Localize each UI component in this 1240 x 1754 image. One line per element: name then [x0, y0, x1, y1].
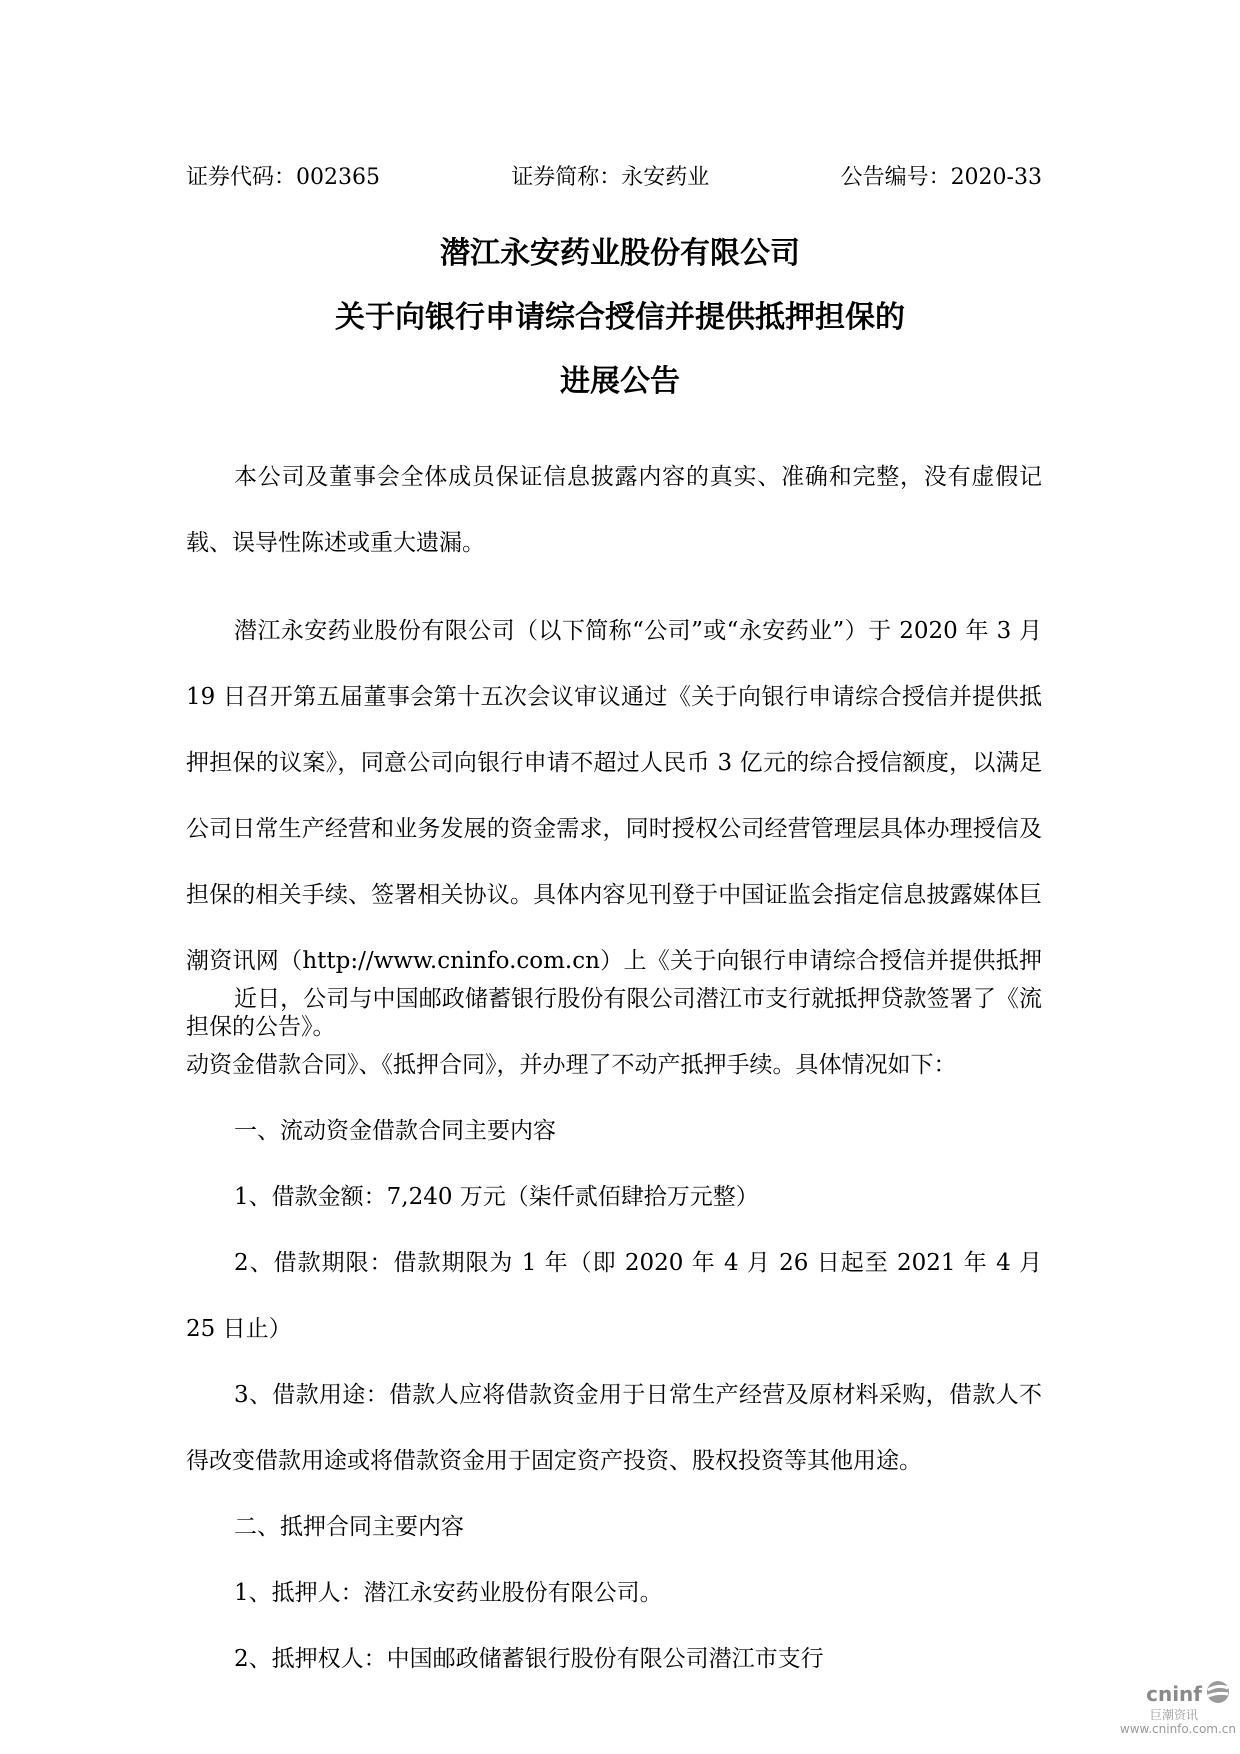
loan-amount: 1、借款金额：7,240 万元（柒仟贰佰肆拾万元整）	[186, 1164, 1042, 1230]
watermark-brand: cninf	[1146, 1682, 1202, 1706]
cninfo-logo-icon	[1202, 1680, 1234, 1704]
title-line-1: 潜江永安药业股份有限公司	[0, 228, 1240, 272]
stock-name: 证券简称：永安药业	[511, 160, 709, 191]
title-line-3: 进展公告	[0, 356, 1240, 400]
title-line-2: 关于向银行申请综合授信并提供抵押担保的	[0, 292, 1240, 336]
loan-use: 3、借款用途：借款人应将借款资金用于日常生产经营及原材料采购，借款人不得改变借款…	[186, 1362, 1042, 1494]
statement-paragraph: 本公司及董事会全体成员保证信息披露内容的真实、准确和完整，没有虚假记载、误导性陈…	[186, 444, 1042, 576]
cninfo-watermark: cninf 巨潮资讯 www.cninfo.com.cn	[1110, 1680, 1240, 1750]
section-2-heading: 二、抵押合同主要内容	[186, 1494, 1042, 1560]
mortgagor: 1、抵押人：潜江永安药业股份有限公司。	[186, 1560, 1042, 1626]
loan-term: 2、借款期限：借款期限为 1 年（即 2020 年 4 月 26 日起至 202…	[186, 1230, 1042, 1362]
stock-code: 证券代码：002365	[186, 160, 380, 191]
watermark-name: 巨潮资讯	[1150, 1706, 1198, 1723]
mortgagee: 2、抵押权人：中国邮政储蓄银行股份有限公司潜江市支行	[186, 1626, 1042, 1692]
watermark-url: www.cninfo.com.cn	[1120, 1722, 1236, 1736]
announcement-number: 公告编号：2020-33	[841, 160, 1042, 191]
recent-paragraph: 近日，公司与中国邮政储蓄银行股份有限公司潜江市支行就抵押贷款签署了《流动资金借款…	[186, 966, 1042, 1098]
section-1-heading: 一、流动资金借款合同主要内容	[186, 1098, 1042, 1164]
document-header: 证券代码：002365 证券简称：永安药业 公告编号：2020-33	[186, 158, 1042, 192]
